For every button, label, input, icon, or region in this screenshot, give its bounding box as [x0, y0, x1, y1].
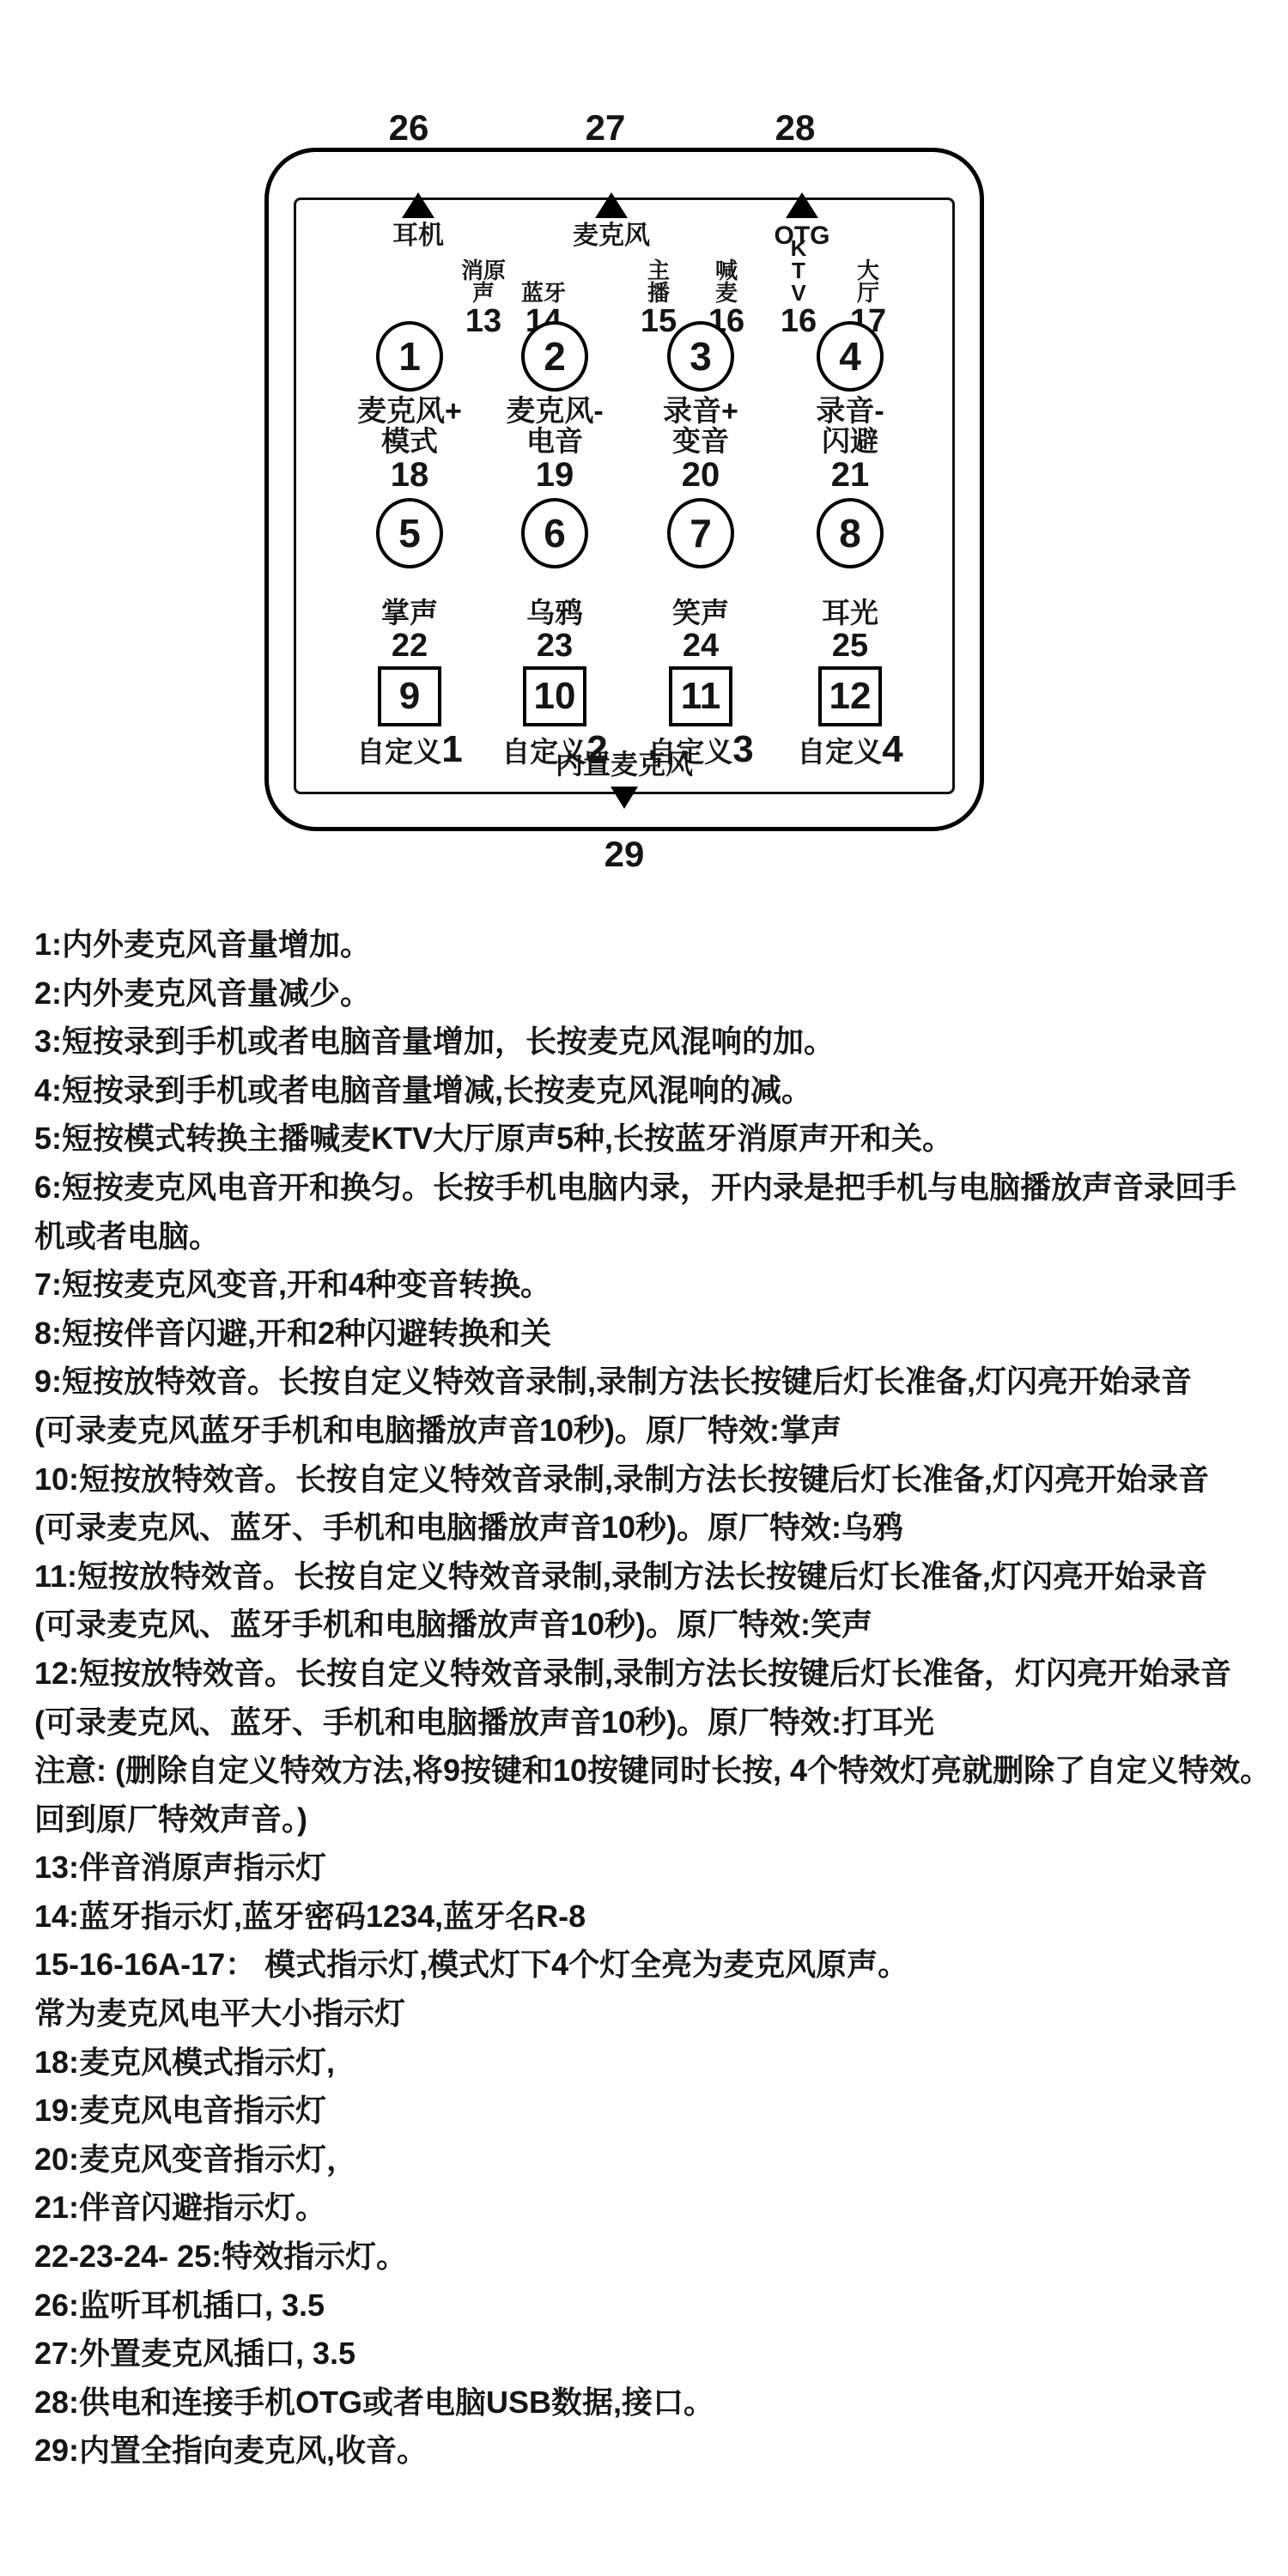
builtin-mic: 内置麦克风 [294, 749, 955, 809]
button-number: 3 [690, 333, 712, 380]
round-button: 8 [817, 498, 884, 568]
button-number: 2 [544, 333, 566, 380]
indicator-label: 大 厅 [857, 259, 879, 304]
volume-button-group: 2 麦克风- [477, 321, 632, 428]
note-line: 20:麦克风变音指示灯， [34, 2136, 1288, 2184]
mode-button-group: 模式 18 5 [332, 426, 487, 568]
up-arrow-icon [595, 192, 628, 218]
button-number: 11 [681, 675, 721, 718]
note-line: 19:麦克风电音指示灯 [34, 2087, 1288, 2136]
port-number: 28 [744, 108, 847, 148]
note-line: 6:短按麦克风电音开和换匀。长按手机电脑内录，开内录是把手机与电脑播放声音录回手 [34, 1163, 1288, 1212]
note-line: (可录麦克风、蓝牙、手机和电脑播放声音10秒)。原厂特效:打耳光 [34, 1698, 1288, 1747]
round-button: 4 [817, 321, 884, 392]
indicator-label: 消原 声 [461, 259, 506, 304]
volume-button-group: 1 麦克风+ [332, 321, 487, 428]
button-number: 6 [544, 510, 566, 556]
round-button: 6 [521, 498, 588, 568]
function-number: 20 [682, 457, 720, 493]
note-line: 机或者电脑。 [34, 1212, 1288, 1261]
effect-number: 24 [683, 629, 719, 663]
button-number: 9 [399, 675, 420, 718]
button-label: 录音+ [663, 395, 738, 428]
note-line: 13:伴音消原声指示灯 [34, 1844, 1288, 1893]
button-number: 12 [829, 675, 872, 718]
up-arrow-icon [402, 192, 434, 218]
function-label: 变音 [672, 426, 729, 457]
note-line: 7:短按麦克风变音,开和4种变音转换。 [34, 1261, 1288, 1309]
note-line: 21:伴音闪避指示灯。 [34, 2184, 1288, 2233]
square-button: 9 [378, 666, 441, 726]
effect-button-group: 乌鸦 23 10 自定义 2 [477, 598, 632, 771]
port-marker: 耳机 [358, 192, 478, 250]
note-line: 1:内外麦克风音量增加。 [34, 920, 1288, 969]
notes-list: 1:内外麦克风音量增加。2:内外麦克风音量减少。3:短按录到手机或者电脑音量增加… [34, 920, 1288, 2476]
button-number: 5 [398, 510, 421, 556]
note-line: 3:短按录到手机或者电脑音量增加，长按麦克风混响的加。 [34, 1018, 1288, 1066]
effect-label: 乌鸦 [526, 598, 583, 629]
button-number: 10 [534, 675, 576, 718]
volume-button-group: 4 录音- [773, 321, 927, 428]
port-label: 麦克风 [573, 222, 650, 250]
note-line: 8:短按伴音闪避,开和2种闪避转换和关 [34, 1309, 1288, 1358]
square-button: 10 [523, 666, 586, 726]
effect-number: 25 [832, 629, 868, 663]
up-arrow-icon [786, 192, 818, 218]
indicator-label: 主 播 [647, 259, 670, 304]
button-label: 录音- [816, 395, 884, 428]
mode-button-group: 变音 20 7 [623, 426, 778, 568]
function-number: 18 [391, 457, 429, 493]
button-number: 4 [839, 333, 861, 380]
note-line: 4:短按录到手机或者电脑音量增减,长按麦克风混响的减。 [34, 1066, 1288, 1115]
port-label: 耳机 [392, 222, 444, 250]
mode-button-group: 闪避 21 8 [773, 426, 927, 568]
note-line: 22-23-24- 25:特效指示灯。 [34, 2233, 1288, 2281]
effect-label: 笑声 [672, 598, 729, 629]
round-button: 1 [376, 321, 443, 392]
button-number: 1 [398, 333, 421, 380]
button-label: 麦克风- [506, 395, 603, 428]
effect-label: 耳光 [822, 598, 878, 629]
port-number: 26 [357, 108, 460, 148]
round-button: 7 [667, 498, 734, 568]
note-line: 11:短按放特效音。长按自定义特效音录制,录制方法长按键后灯长准备,灯闪亮开始录… [34, 1552, 1288, 1601]
volume-button-group: 3 录音+ [623, 321, 778, 428]
note-line: 9:短按放特效音。长按自定义特效音录制,录制方法长按键后灯长准备,灯闪亮开始录音 [34, 1358, 1288, 1406]
port-marker: 麦克风 [551, 192, 671, 250]
effect-number: 23 [537, 629, 573, 663]
effect-label: 掌声 [381, 598, 438, 629]
effect-button-group: 笑声 24 11 自定义 3 [623, 598, 778, 771]
note-line: 注意: (删除自定义特效方法,将9按键和10按键同时长按, 4个特效灯亮就删除了… [34, 1747, 1288, 1795]
builtin-mic-number: 29 [294, 835, 955, 874]
effect-button-group: 掌声 22 9 自定义 1 [332, 598, 487, 771]
function-label: 电音 [526, 426, 583, 457]
note-line: (可录麦克风、蓝牙、手机和电脑播放声音10秒)。原厂特效:乌鸦 [34, 1504, 1288, 1552]
note-line: 26:监听耳机插口, 3.5 [34, 2281, 1288, 2330]
manual-page: 262728 耳机 麦克风 OTG 消原 声 13 蓝牙 14 [0, 0, 1288, 2576]
down-arrow-icon [611, 787, 638, 809]
round-button: 5 [376, 498, 443, 568]
builtin-mic-label: 内置麦克风 [294, 749, 955, 780]
function-label: 模式 [381, 426, 438, 457]
note-line: 常为麦克风电平大小指示灯 [34, 1990, 1288, 2038]
note-line: (可录麦克风、蓝牙手机和电脑播放声音10秒)。原厂特效:笑声 [34, 1601, 1288, 1649]
note-line: 14:蓝牙指示灯,蓝牙密码1234,蓝牙名R-8 [34, 1893, 1288, 1941]
round-button: 3 [667, 321, 734, 392]
function-label: 闪避 [822, 426, 878, 457]
indicator-label: 蓝牙 [521, 282, 566, 304]
effect-button-group: 耳光 25 12 自定义 4 [773, 598, 927, 771]
note-line: 29:内置全指向麦克风,收音。 [34, 2427, 1288, 2476]
square-button: 12 [818, 666, 882, 726]
note-line: 12:短按放特效音。长按自定义特效音录制,录制方法长按键后灯长准备，灯闪亮开始录… [34, 1649, 1288, 1698]
note-line: 2:内外麦克风音量减少。 [34, 969, 1288, 1018]
button-label: 麦克风+ [357, 395, 462, 428]
indicator-label: 喊 麦 [715, 259, 738, 304]
square-button: 11 [669, 666, 732, 726]
note-line: 5:短按模式转换主播喊麦KTV大厅原声5种,长按蓝牙消原声开和关。 [34, 1115, 1288, 1163]
function-number: 21 [831, 457, 870, 493]
round-button: 2 [521, 321, 588, 392]
mode-button-group: 电音 19 6 [477, 426, 632, 568]
indicator-label: K T V [791, 237, 807, 304]
note-line: (可录麦克风蓝牙手机和电脑播放声音10秒)。原厂特效:掌声 [34, 1406, 1288, 1455]
note-line: 28:供电和连接手机OTG或者电脑USB数据,接口。 [34, 2379, 1288, 2427]
function-number: 19 [536, 457, 574, 493]
note-line: 18:麦克风模式指示灯, [34, 2038, 1288, 2087]
button-number: 8 [839, 510, 861, 556]
note-line: 回到原厂特效声音。) [34, 1795, 1288, 1844]
note-line: 27:外置麦克风插口, 3.5 [34, 2330, 1288, 2379]
effect-number: 22 [392, 629, 428, 663]
port-number: 27 [554, 108, 657, 148]
button-number: 7 [690, 510, 712, 556]
note-line: 15-16-16A-17： 模式指示灯,模式灯下4个灯全亮为麦克风原声。 [34, 1941, 1288, 1990]
note-line: 10:短按放特效音。长按自定义特效音录制,录制方法长按键后灯长准备,灯闪亮开始录… [34, 1455, 1288, 1504]
